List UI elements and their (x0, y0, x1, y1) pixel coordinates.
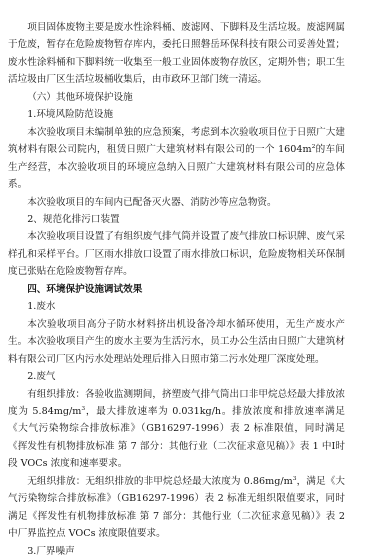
paragraph-emergency-plan: 本次验收项目未编制单独的应急预案，考虑到本次验收项目位于日照广大建筑材料有限公司… (8, 124, 345, 194)
text-segment: 本次验收项目未编制单独的应急预案，考虑到本次验收项目位于日照广大建筑材料有限公司… (8, 127, 345, 155)
heading-boundary-noise: 3.厂界噪声 (8, 543, 345, 560)
document-page: 项目固体废物主要是废水性涂料桶、废滤网、下脚料及生活垃圾。废滤网属于危废，暂存在… (0, 0, 381, 560)
paragraph-unorganized-emission: 无组织排放：无组织排放的非甲烷总烃最大浓度为 0.86mg/m3，满足《大气污染… (8, 473, 345, 543)
paragraph-wastewater: 本次验收项目高分子防水材料挤出机设备冷却水循环使用，无生产废水产生。本次验收项目… (8, 316, 345, 368)
heading-section-six: （六）其他环境保护设施 (8, 89, 345, 106)
heading-wastewater: 1.废水 (8, 298, 345, 315)
text-segment: 无组织排放：无组织排放的非甲烷总烃最大浓度为 0.86mg/m (27, 476, 293, 487)
paragraph-fire-supplies: 本次验收项目的车间内已配备灭火器、消防沙等应急物资。 (8, 194, 345, 211)
paragraph-outlet-signs: 本次验收项目设置了有组织废气排气筒并设置了废气排放口标识牌、废气采样孔和采样平台… (8, 228, 345, 280)
heading-waste-gas: 2.废气 (8, 368, 345, 385)
heading-outlet-standardization: 2、规范化排污口装置 (8, 211, 345, 228)
heading-section-four: 四、环境保护设施调试效果 (8, 281, 345, 298)
heading-risk-prevention: 1.环境风险防范设施 (8, 106, 345, 123)
paragraph-solid-waste: 项目固体废物主要是废水性涂料桶、废滤网、下脚料及生活垃圾。废滤网属于危废，暂存在… (8, 19, 345, 89)
paragraph-organized-emission: 有组织排放：各验收监测期间，挤塑废气排气筒出口非甲烷总烃最大排放浓度为 5.84… (8, 386, 345, 473)
